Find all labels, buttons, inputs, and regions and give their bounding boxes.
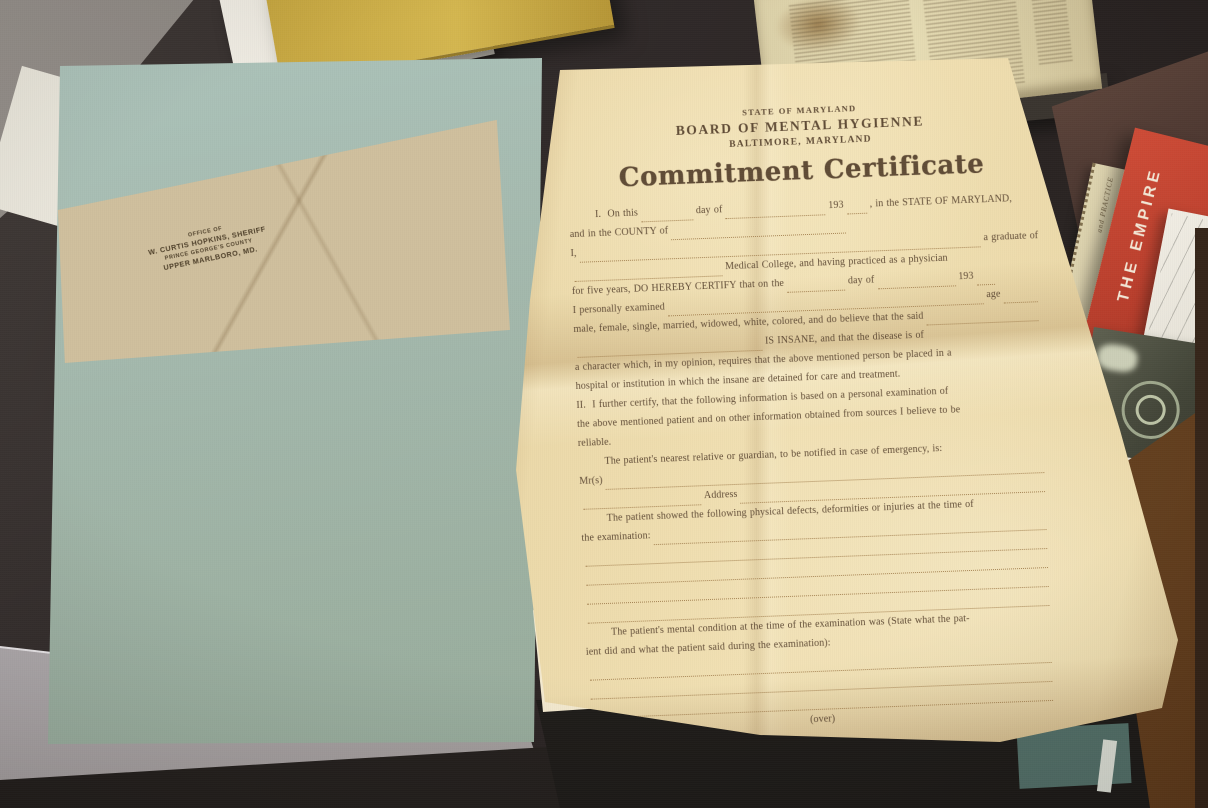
form-lines: I. On thisday of193, in the STATE OF MAR… <box>569 188 1057 738</box>
table-right-edge <box>1195 228 1208 808</box>
form-text: day of <box>848 270 875 290</box>
certificate-sheet: STATE OF MARYLAND BOARD OF MENTAL HYGIEN… <box>505 48 1185 758</box>
form-blank <box>1003 289 1037 303</box>
form-text: (over) <box>810 709 836 729</box>
form-text: reliable. <box>577 433 611 453</box>
form-blank <box>641 207 693 222</box>
form-text: 193 <box>958 267 974 287</box>
certificate-content: STATE OF MARYLAND BOARD OF MENTAL HYGIEN… <box>565 95 1057 738</box>
form-text: the examination: <box>581 526 651 548</box>
commitment-certificate: STATE OF MARYLAND BOARD OF MENTAL HYGIEN… <box>505 48 1185 758</box>
photo-scene: and PRACTICE THE EMPIRE STATE OFFICE OF … <box>0 0 1208 808</box>
form-blank <box>976 272 994 286</box>
form-blank <box>846 201 866 215</box>
form-text: 193 <box>828 196 844 216</box>
form-text: age <box>986 285 1001 305</box>
form-text: I, <box>570 244 577 263</box>
form-blank <box>787 278 845 293</box>
form-text: Address <box>704 485 738 505</box>
form-text: and in the COUNTY of <box>569 221 668 244</box>
form-text: day of <box>696 200 723 220</box>
form-text: I. On this <box>595 203 639 224</box>
form-text: Mr(s) <box>579 471 603 491</box>
form-text: a graduate of <box>983 226 1038 247</box>
